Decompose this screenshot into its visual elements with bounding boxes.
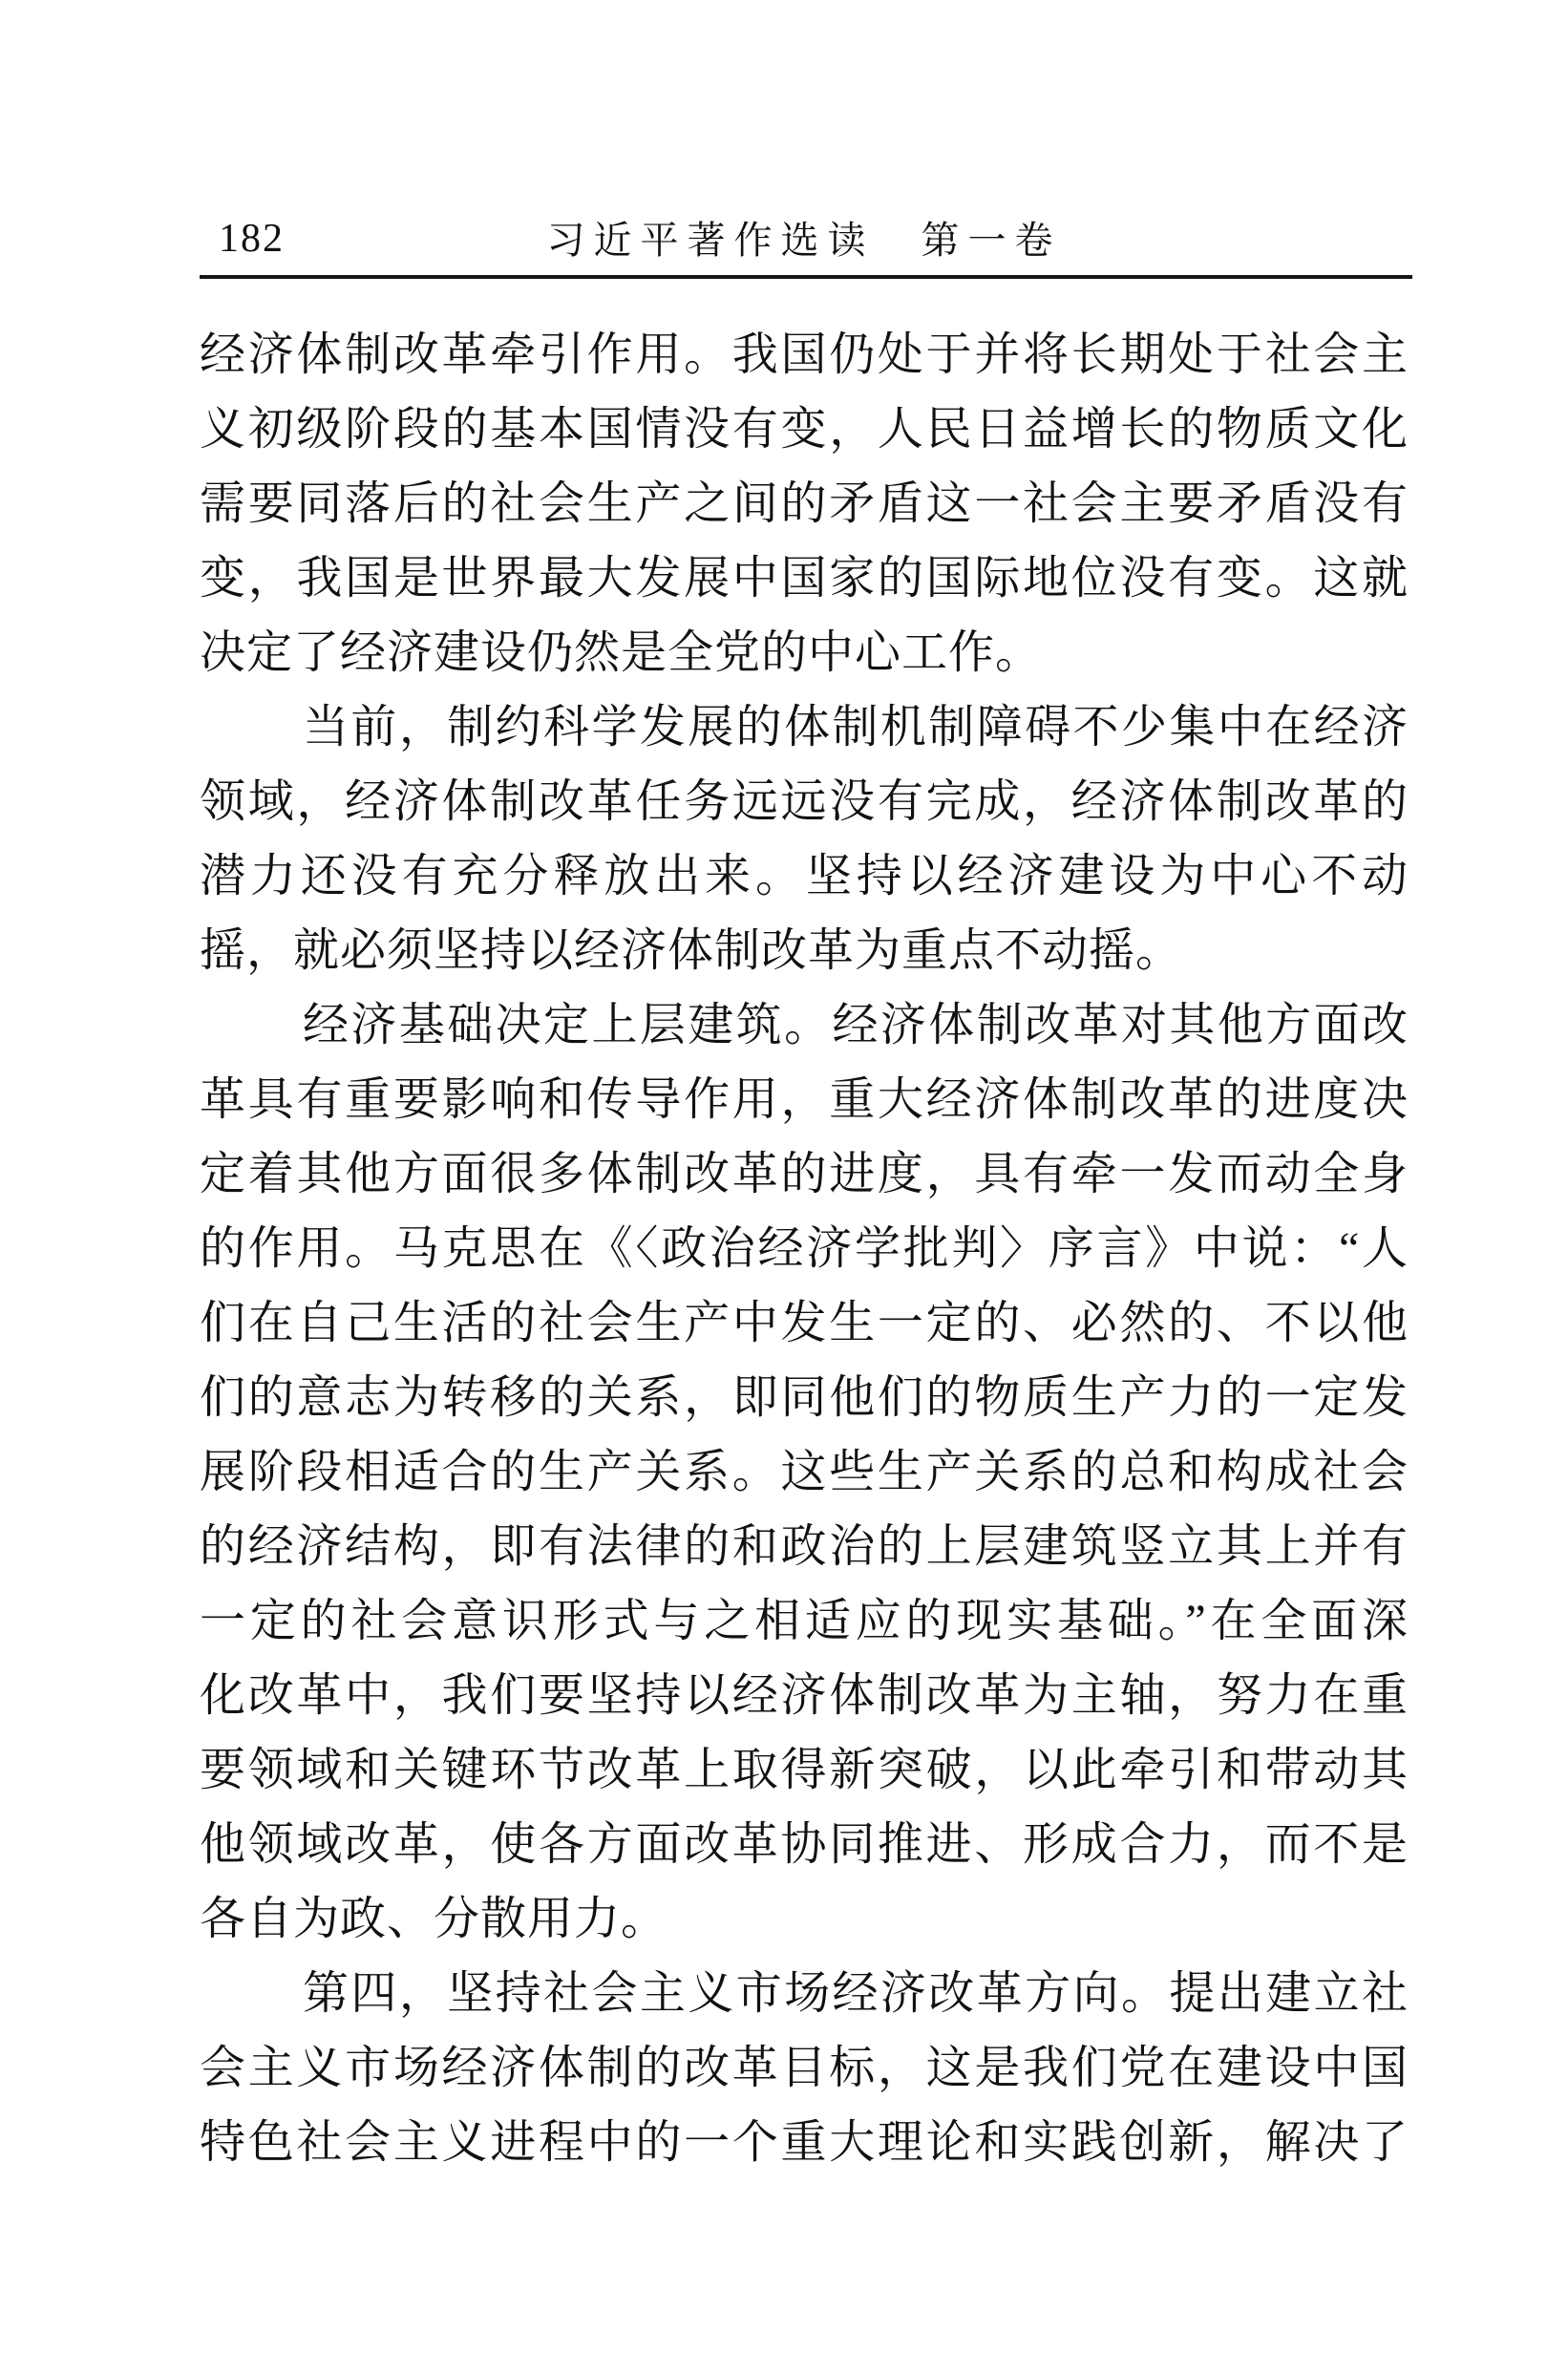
text-line: 的经济结构，即有法律的和政治的上层建筑竖立其上并有 bbox=[200, 1510, 1409, 1584]
text-line: 们的意志为转移的关系，即同他们的物质生产力的一定发 bbox=[200, 1361, 1409, 1435]
text-line: 一定的社会意识形式与之相适应的现实基础。”在全面深 bbox=[200, 1584, 1409, 1659]
text-line: 化改革中，我们要坚持以经济体制改革为主轴，努力在重 bbox=[200, 1659, 1409, 1733]
text-line: 义初级阶段的基本国情没有变，人民日益增长的物质文化 bbox=[200, 392, 1409, 467]
text-line: 展阶段相适合的生产关系。这些生产关系的总和构成社会 bbox=[200, 1435, 1409, 1510]
text-line: 他领域改革，使各方面改革协同推进、形成合力，而不是 bbox=[200, 1808, 1409, 1882]
text-line: 革具有重要影响和传导作用，重大经济体制改革的进度决 bbox=[200, 1063, 1409, 1137]
text-line: 潜力还没有充分释放出来。坚持以经济建设为中心不动 bbox=[200, 839, 1409, 914]
text-line: 要领域和关键环节改革上取得新突破，以此牵引和带动其 bbox=[200, 1733, 1409, 1808]
text-line: 经济体制改革牵引作用。我国仍处于并将长期处于社会主 bbox=[200, 318, 1409, 392]
text-line: 需要同落后的社会生产之间的矛盾这一社会主要矛盾没有 bbox=[200, 467, 1409, 541]
text-line: 领域，经济体制改革任务远远没有完成，经济体制改革的 bbox=[200, 765, 1409, 839]
header-rule bbox=[200, 275, 1412, 279]
running-title: 习近平著作选读 第一卷 bbox=[200, 220, 1409, 262]
text-line: 变，我国是世界最大发展中国家的国际地位没有变。这就 bbox=[200, 541, 1409, 616]
body-text: 经济体制改革牵引作用。我国仍处于并将长期处于社会主义初级阶段的基本国情没有变，人… bbox=[200, 318, 1409, 2180]
page-header: 182 习近平著作选读 第一卷 bbox=[200, 218, 1409, 267]
book-page: 182 习近平著作选读 第一卷 经济体制改革牵引作用。我国仍处于并将长期处于社会… bbox=[0, 0, 1568, 2354]
text-line: 摇，就必须坚持以经济体制改革为重点不动摇。 bbox=[200, 914, 1409, 988]
text-line: 特色社会主义进程中的一个重大理论和实践创新，解决了 bbox=[200, 2106, 1409, 2180]
text-line: 第四，坚持社会主义市场经济改革方向。提出建立社 bbox=[200, 1957, 1409, 2031]
text-line: 当前，制约科学发展的体制机制障碍不少集中在经济 bbox=[200, 690, 1409, 765]
text-line: 各自为政、分散用力。 bbox=[200, 1882, 1409, 1957]
text-line: 的作用。马克思在《〈政治经济学批判〉序言》中说：“人 bbox=[200, 1212, 1409, 1286]
text-line: 定着其他方面很多体制改革的进度，具有牵一发而动全身 bbox=[200, 1137, 1409, 1212]
text-line: 经济基础决定上层建筑。经济体制改革对其他方面改 bbox=[200, 988, 1409, 1063]
text-line: 决定了经济建设仍然是全党的中心工作。 bbox=[200, 616, 1409, 690]
text-line: 们在自己生活的社会生产中发生一定的、必然的、不以他 bbox=[200, 1286, 1409, 1361]
text-line: 会主义市场经济体制的改革目标，这是我们党在建设中国 bbox=[200, 2031, 1409, 2106]
